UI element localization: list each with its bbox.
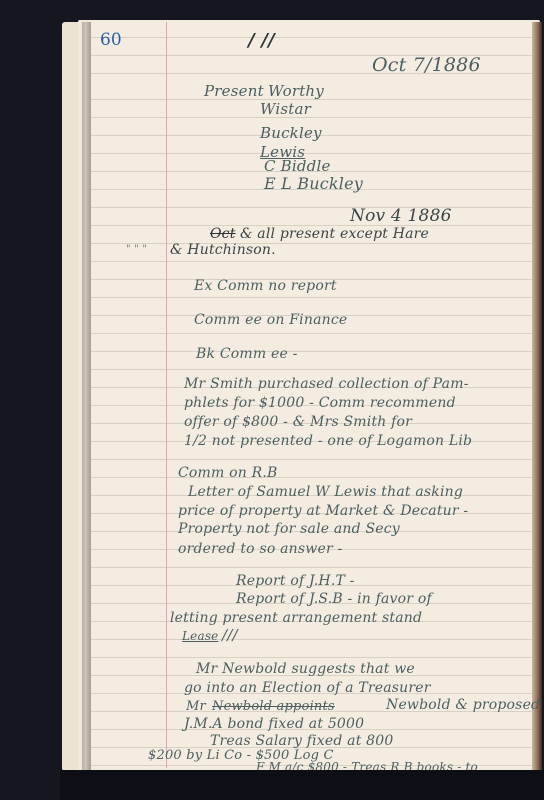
- struck-text: Newbold appoints: [212, 699, 335, 714]
- book-bottom-shadow: [60, 770, 544, 800]
- paragraph-line: Letter of Samuel W Lewis that asking: [188, 484, 463, 500]
- attendance-line: & all present except Hare: [240, 226, 429, 242]
- paragraph-line: Property not for sale and Secy: [178, 521, 400, 537]
- report-line: letting present arrangement stand: [170, 610, 422, 626]
- agenda-item: Comm ee on Finance: [194, 312, 347, 328]
- struck-prefix: Mr: [186, 699, 206, 714]
- paragraph-line: Mr Smith purchased collection of Pam-: [184, 376, 469, 392]
- paragraph-line: price of property at Market & Decatur -: [178, 503, 468, 519]
- salary-line: Treas Salary fixed at 800: [210, 733, 394, 749]
- paragraph-line: phlets for $1000 - Comm recommend: [184, 395, 456, 411]
- struck-word: Oct: [210, 226, 236, 242]
- paragraph-line: Mr Newbold suggests that we: [196, 661, 415, 677]
- attendee: C Biddle: [264, 157, 331, 175]
- attendee: Worthy: [268, 82, 324, 100]
- binding-strip: [82, 22, 91, 770]
- attendee: E L Buckley: [264, 174, 363, 193]
- present-label: Present: [204, 82, 264, 100]
- ditto-marks: " " ": [126, 244, 147, 255]
- header-marks: / //: [248, 30, 275, 51]
- committee-heading: Comm on R.B: [178, 465, 278, 481]
- paragraph-line: ordered to so answer -: [178, 541, 342, 557]
- report-line: Report of J.H.T -: [236, 573, 355, 589]
- paragraph-line: go into an Election of a Treasurer: [184, 680, 431, 696]
- meeting-1-date: Oct 7/1886: [372, 54, 481, 76]
- agenda-item: Bk Comm ee -: [196, 346, 298, 362]
- paragraph-line: offer of $800 - & Mrs Smith for: [184, 414, 412, 430]
- attendance-line-2: & Hutchinson.: [170, 242, 276, 258]
- margin-line: [166, 22, 167, 768]
- agenda-item: Ex Comm no report: [194, 278, 337, 294]
- attendee: Wistar: [260, 100, 311, 118]
- attendee: Buckley: [260, 124, 322, 142]
- meeting-2-date: Nov 4 1886: [350, 206, 452, 226]
- paragraph-line: Newbold & proposed: [386, 697, 540, 713]
- bond-line: J.M.A bond fixed at 5000: [184, 716, 364, 732]
- paragraph-line: 1/2 not presented - one of Logamon Lib: [184, 433, 472, 449]
- page-edge-right: [532, 22, 542, 770]
- struck-word: Lease: [182, 629, 218, 643]
- signoff-marks: ///: [222, 626, 238, 644]
- report-line: Report of J.S.B - in favor of: [236, 591, 432, 607]
- page-number: 60: [100, 30, 122, 50]
